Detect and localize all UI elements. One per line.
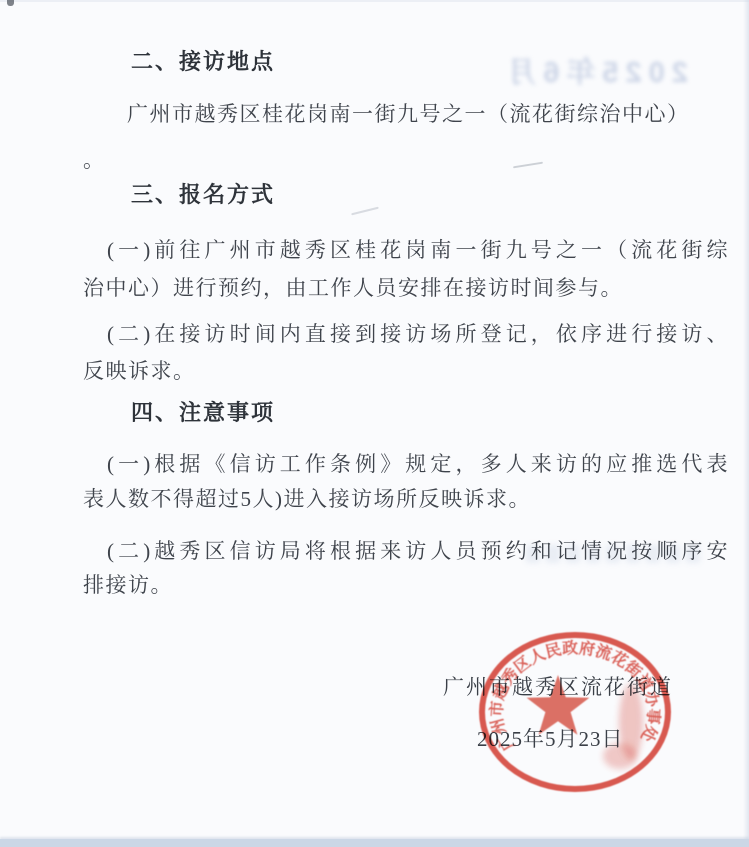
section-heading-registration-method: 三、报名方式 (83, 181, 729, 209)
heading-text: 四、注意事项 (83, 399, 729, 427)
paragraph-line: 反映诉求。 (83, 357, 729, 385)
paragraph-note-2: (二)越秀区信访局将根据来访人员预约和记情况按顺序安 排接访。 (83, 537, 729, 599)
paragraph-registration-2: (二)在接访时间内直接到接访场所登记，依序进行接访、 反映诉求。 (83, 320, 729, 385)
scanned-document-page: 2025年6月 二、接访地点 广州市越秀区桂花岗南一街九号之一（流花街综治中心）… (0, 0, 749, 847)
paragraph-line: (一)根据《信访工作条例》规定，多人来访的应推选代表 (83, 450, 729, 478)
official-red-seal: 广州市越秀区人民政府流花街道办事处 (470, 626, 680, 801)
paragraph-note-1: (一)根据《信访工作条例》规定，多人来访的应推选代表 表人数不得超过5人)进入接… (83, 450, 729, 513)
paragraph-line: 广州市越秀区桂花岗南一街九号之一（流花街综治中心） (83, 100, 729, 128)
seal-star-icon (527, 675, 590, 735)
paragraph-registration-1: (一)前往广州市越秀区桂花岗南一街九号之一（流花街综 治中心）进行预约，由工作人… (83, 236, 729, 302)
paragraph-address: 广州市越秀区桂花岗南一街九号之一（流花街综治中心） 。 (83, 100, 729, 174)
heading-text: 三、报名方式 (83, 181, 729, 209)
paragraph-line: (二)越秀区信访局将根据来访人员预约和记情况按顺序安 (83, 537, 729, 565)
section-heading-notes: 四、注意事项 (83, 399, 729, 427)
scan-corner-artifact (7, 0, 14, 6)
paragraph-line: 。 (83, 146, 729, 174)
paragraph-line: 排接访。 (83, 571, 729, 599)
heading-text: 二、接访地点 (83, 48, 729, 76)
scan-edge-right (743, 0, 749, 847)
scan-edge-top (0, 0, 749, 2)
scan-edge-bottom (0, 839, 749, 847)
paragraph-line: 治中心）进行预约，由工作人员安排在接访时间参与。 (83, 274, 729, 302)
paragraph-line: (二)在接访时间内直接到接访场所登记，依序进行接访、 (83, 320, 729, 348)
paragraph-line: 表人数不得超过5人)进入接访场所反映诉求。 (83, 485, 729, 513)
paragraph-line: (一)前往广州市越秀区桂花岗南一街九号之一（流花街综 (83, 236, 729, 264)
section-heading-reception-location: 二、接访地点 (83, 48, 729, 76)
seal-ink-smudge (603, 743, 637, 769)
